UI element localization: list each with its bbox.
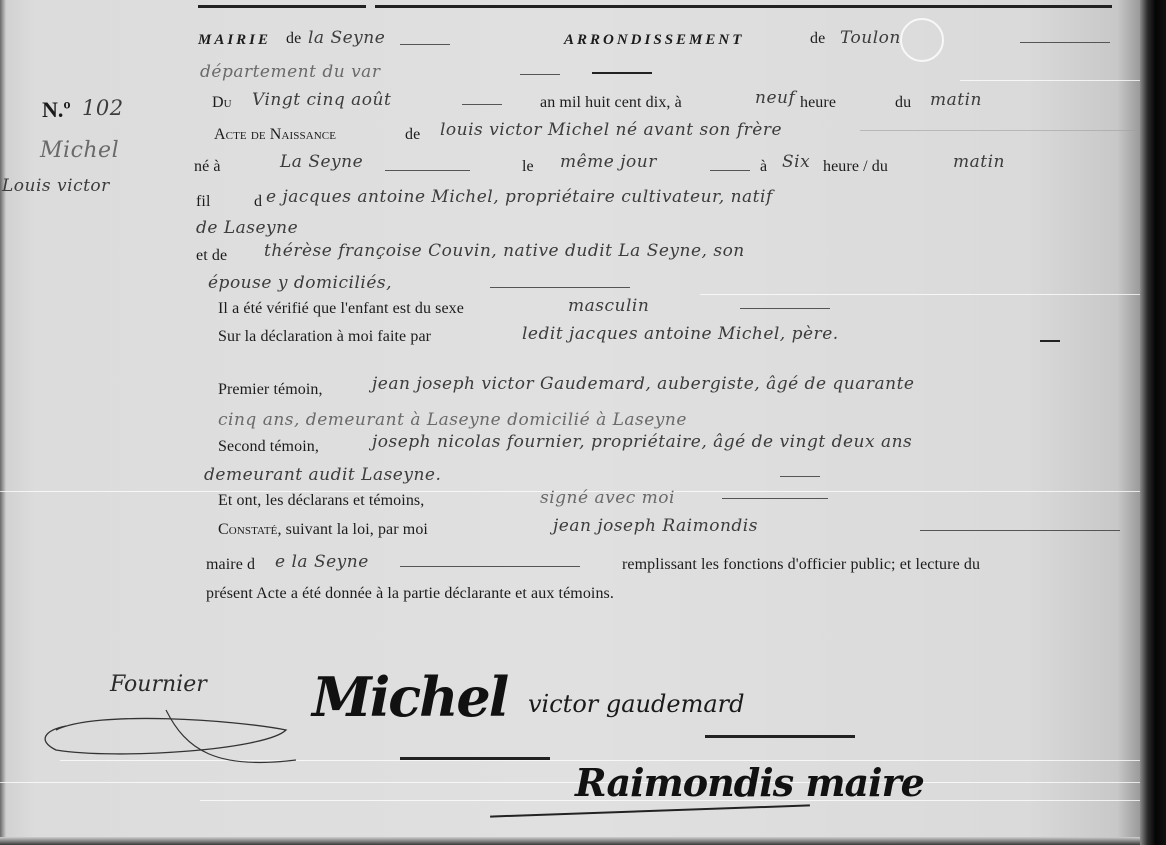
- book-binding-shadow: [1140, 0, 1166, 845]
- signature-raimondis-maire: Raimondis maire: [575, 760, 924, 805]
- witness1-label: Premier témoin,: [218, 381, 323, 399]
- le-label: le: [522, 158, 534, 176]
- mother-cont: épouse y domiciliés,: [208, 273, 392, 293]
- sex-value: masculin: [568, 296, 649, 316]
- fill-line: [490, 287, 630, 288]
- mairie-label: MAIRIE: [198, 32, 271, 49]
- signed-label: Et ont, les déclarans et témoins,: [218, 492, 424, 510]
- declaration-value: ledit jacques antoine Michel, père.: [522, 324, 839, 344]
- fill-line: [780, 476, 820, 477]
- et-de-label: et de: [196, 247, 227, 265]
- margin-given-names: Louis victor: [2, 176, 110, 196]
- fill-line: [400, 44, 450, 45]
- father-value: e jacques antoine Michel, propriétaire c…: [266, 187, 773, 207]
- date-value: Vingt cinq août: [252, 90, 391, 110]
- maire-place: e la Seyne: [275, 552, 369, 572]
- signed-value: signé avec moi: [540, 488, 675, 508]
- fill-line: [462, 104, 502, 105]
- signature-gaudemard: victor gaudemard: [528, 690, 744, 718]
- de-label: d: [254, 193, 262, 211]
- fill-line: [1040, 340, 1060, 342]
- fill-line: [1020, 42, 1110, 43]
- mairie-value: la Seyne: [308, 28, 385, 48]
- entry-number-value: 102: [82, 96, 124, 120]
- a-label: à: [760, 158, 767, 176]
- arrondissement-de: de: [810, 30, 825, 48]
- signature-underline: [400, 757, 550, 760]
- witness1-value: jean joseph victor Gaudemard, aubergiste…: [372, 374, 914, 394]
- scan-artifact: [0, 782, 1140, 783]
- scan-artifact: [960, 80, 1140, 81]
- departement-value: département du var: [200, 62, 380, 82]
- signature-flourish: [36, 690, 336, 780]
- father-cont: de Laseyne: [196, 218, 298, 238]
- witness2-cont: demeurant audit Laseyne.: [204, 465, 441, 485]
- fill-line: [722, 498, 828, 499]
- birth-time-of-day: matin: [953, 152, 1005, 172]
- hour-value: neuf: [755, 88, 795, 108]
- officier-text: remplissant les fonctions d'officier pub…: [622, 556, 980, 574]
- constate-label: Constaté: [218, 521, 277, 538]
- mother-value: thérèse françoise Couvin, native dudit L…: [264, 241, 745, 261]
- acte-label: Acte de Naissance: [214, 126, 336, 144]
- fill-line: [592, 72, 652, 74]
- officer-name: jean joseph Raimondis: [553, 516, 758, 536]
- margin-surname: Michel: [40, 138, 119, 163]
- fill-line: [920, 530, 1120, 531]
- closing-text: présent Acte a été donnée à la partie dé…: [206, 585, 614, 603]
- signature-underline: [705, 735, 855, 738]
- acte-label-2: Naissance: [270, 126, 336, 143]
- birth-day: même jour: [560, 152, 657, 172]
- witness2-label: Second témoin,: [218, 438, 319, 456]
- maire-label: maire d: [206, 556, 255, 574]
- time-of-day: matin: [930, 90, 982, 110]
- arrondissement-value: Toulon: [840, 28, 901, 48]
- fill-line: [710, 170, 750, 171]
- top-rule: [375, 5, 1112, 8]
- fill-line: [520, 74, 560, 75]
- register-page: N.º 102 Michel Louis victor MAIRIE de la…: [0, 0, 1140, 845]
- scan-artifact: [860, 130, 1140, 131]
- top-rule: [198, 5, 366, 8]
- arrondissement-label: ARRONDISSEMENT: [564, 32, 744, 49]
- signature-underline: [490, 804, 810, 817]
- fils-label: fil: [196, 193, 211, 211]
- sex-label: Il a été vérifié que l'enfant est du sex…: [218, 300, 464, 318]
- acte-de: de: [405, 126, 420, 144]
- page-bottom-edge: [0, 837, 1140, 845]
- acte-label-1: Acte de: [214, 126, 270, 143]
- page-left-edge: [0, 0, 6, 845]
- constate-line: Constaté, suivant la loi, par moi: [218, 521, 428, 539]
- child-name: louis victor Michel né avant son frère: [440, 120, 782, 140]
- du-label: du: [895, 94, 911, 112]
- fill-line: [740, 308, 830, 309]
- fill-line: [385, 170, 470, 171]
- stamp-mark: [900, 18, 944, 62]
- entry-number-label: N.º: [42, 97, 71, 123]
- declaration-label: Sur la déclaration à moi faite par: [218, 328, 431, 346]
- scan-artifact: [700, 294, 1166, 295]
- witness1-cont: cinq ans, demeurant à Laseyne domicilié …: [218, 410, 687, 430]
- witness2-value: joseph nicolas fournier, propriétaire, â…: [372, 432, 912, 452]
- birth-hour: Six: [782, 152, 810, 172]
- fill-line: [400, 566, 580, 567]
- birth-hour-label: heure / du: [823, 158, 888, 176]
- mairie-de: de: [286, 30, 301, 48]
- constate-suffix: , suivant la loi, par moi: [277, 521, 427, 538]
- hour-label: heure: [800, 94, 836, 112]
- year-text: an mil huit cent dix, à: [540, 94, 682, 112]
- date-prefix: Du: [212, 94, 232, 112]
- signature-michel: Michel: [312, 665, 507, 729]
- birth-place: La Seyne: [280, 152, 363, 172]
- ne-label: né à: [194, 158, 221, 176]
